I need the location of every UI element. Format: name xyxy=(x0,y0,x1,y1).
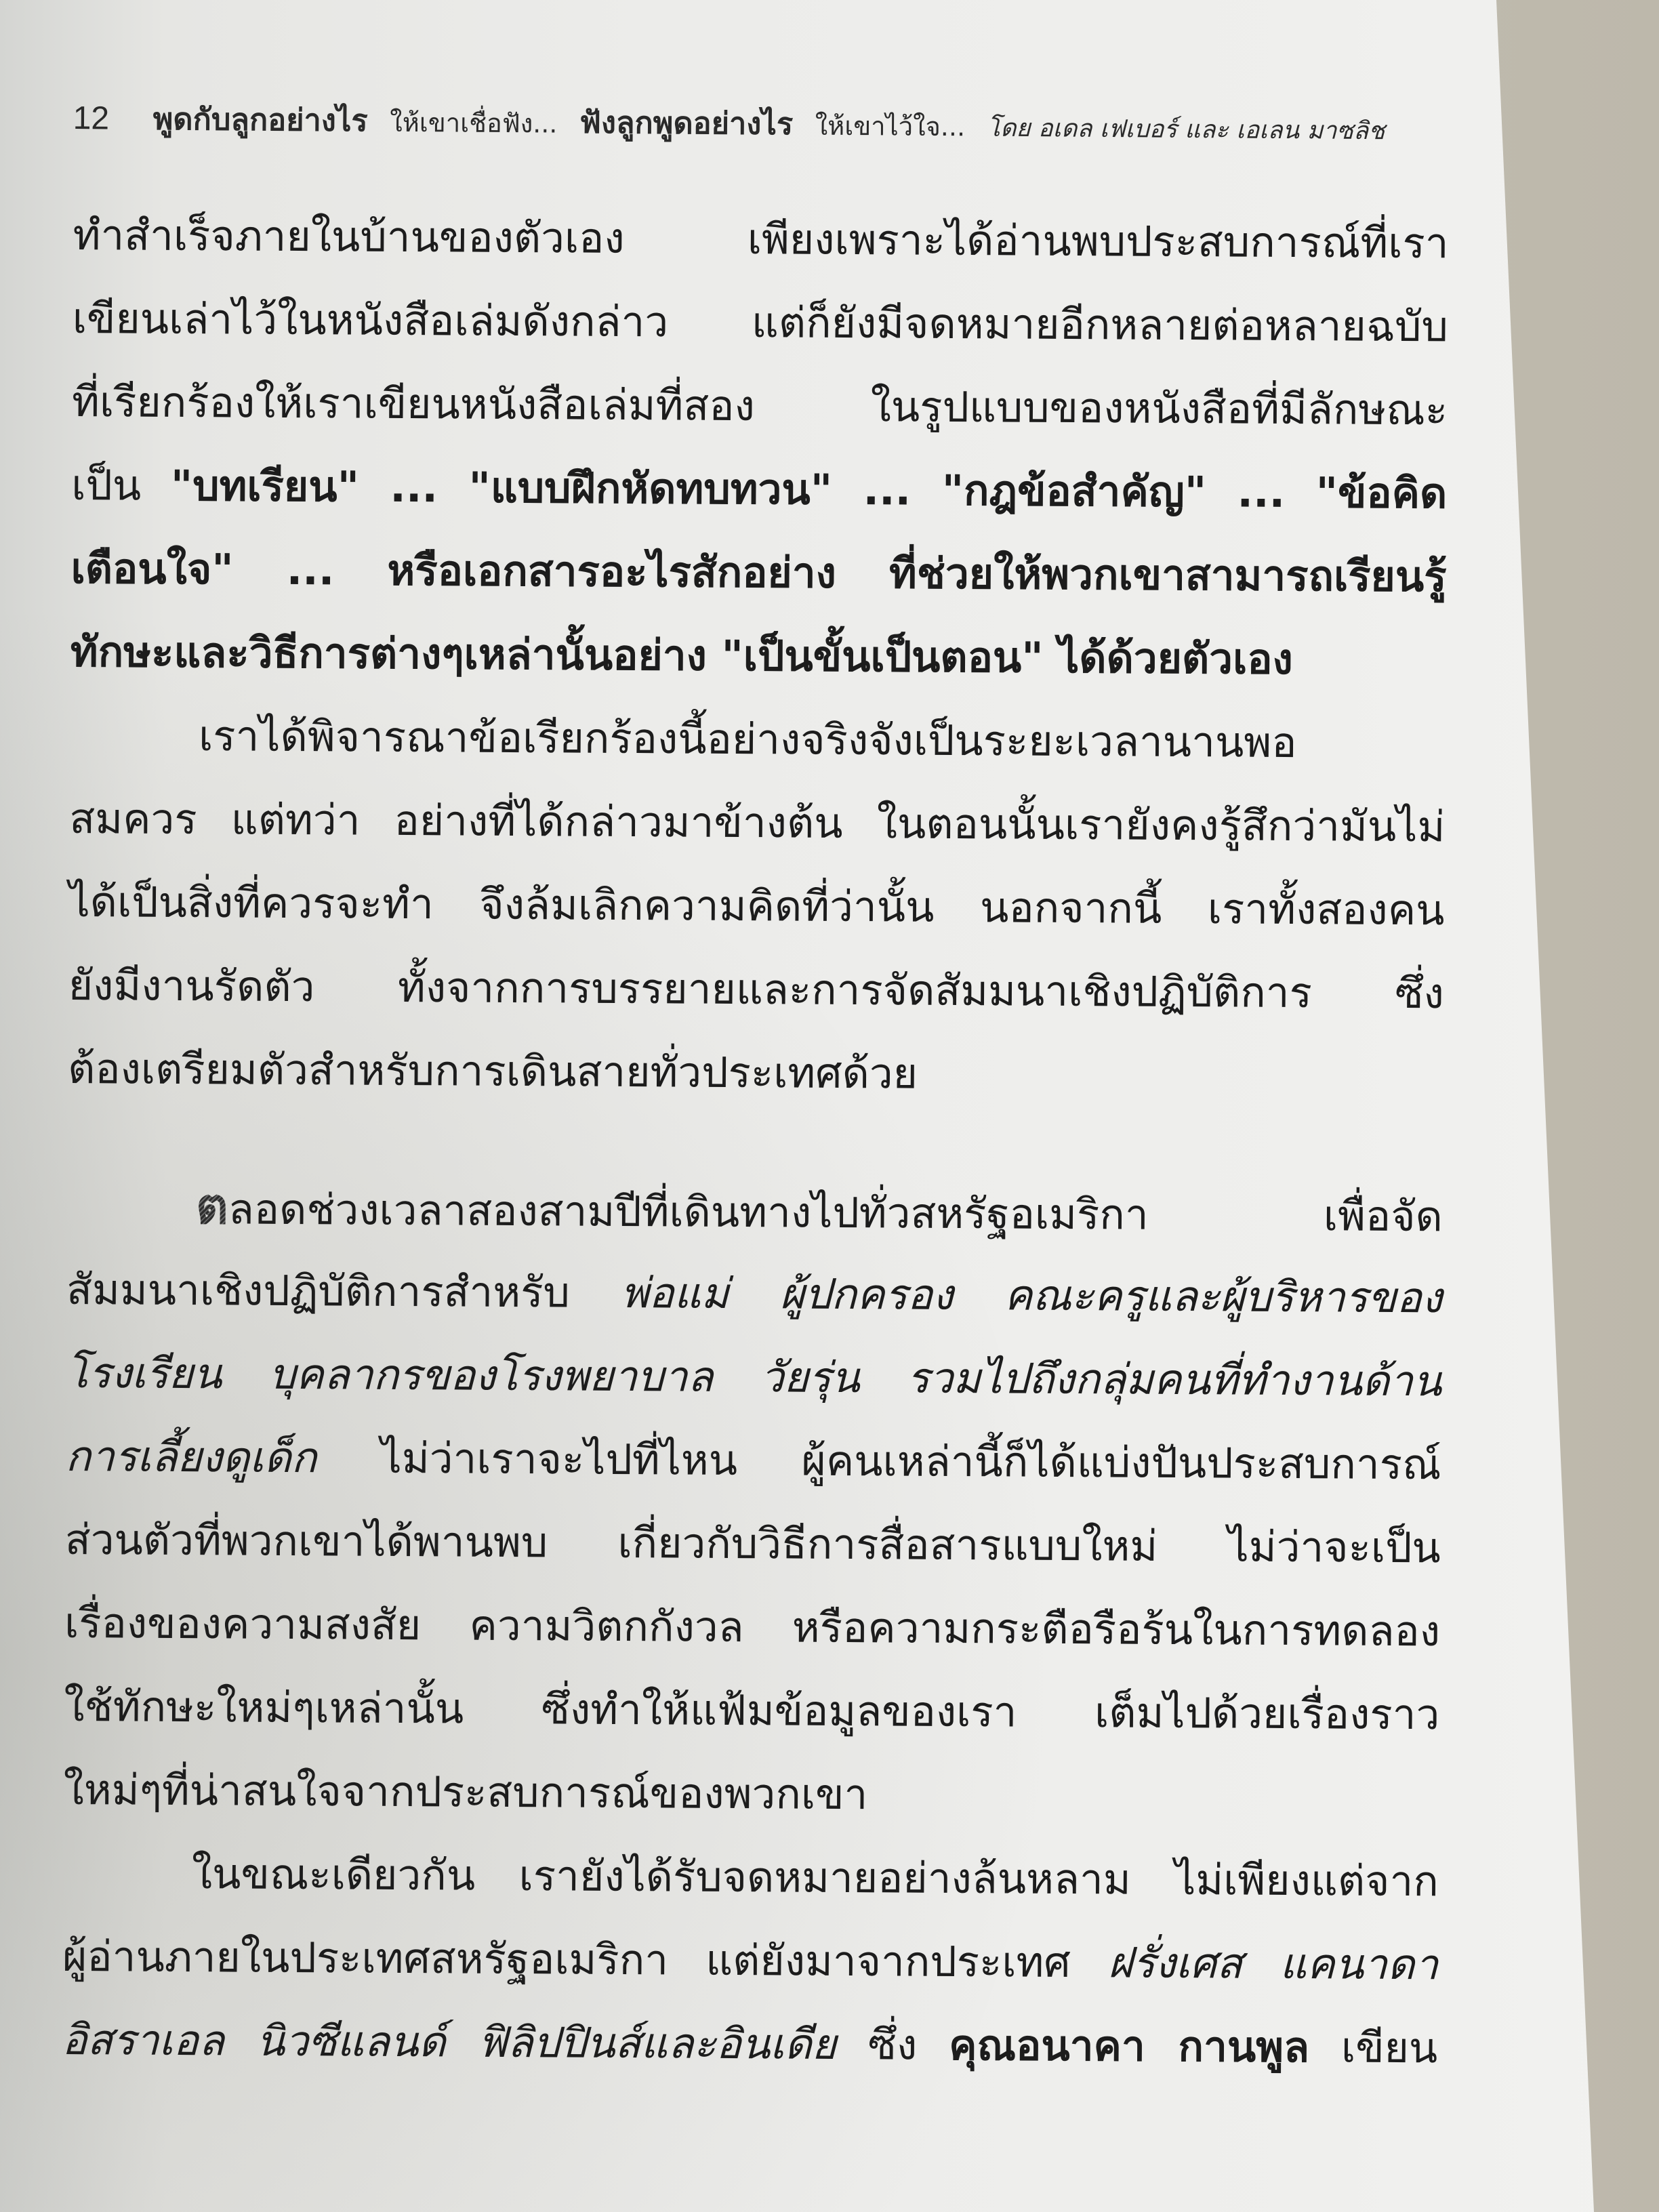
text-line: ต้องเตรียมตัวสำหรับการเดินสายทั่วประเทศด… xyxy=(68,1027,1444,1118)
paragraph-2: เราได้พิจารณาข้อเรียกร้องนี้อย่างจริงจัง… xyxy=(68,693,1446,1118)
italic-text-run: อิสราเอล นิวซีแลนด์ ฟิลิปปินส์และอินเดีย xyxy=(62,2015,836,2069)
text-line: เราได้พิจารณาข้อเรียกร้องนี้อย่างจริงจัง… xyxy=(70,693,1446,785)
text-line: ได้เป็นสิ่งที่ควรจะทำ จึงล้มเลิกความคิดท… xyxy=(68,860,1445,951)
bold-text-line: เตือนใจ" ... หรือเอกสารอะไรสักอย่าง ที่ช… xyxy=(70,527,1447,618)
text-line: ยังมีงานรัดตัว ทั้งจากการบรรยายและการจัด… xyxy=(68,943,1444,1035)
text-line: เขียนเล่าไว้ในหนังสือเล่มดังกล่าว แต่ก็ย… xyxy=(72,276,1448,368)
text-line: ทำสำเร็จภายในบ้านของตัวเอง เพียงเพราะได้… xyxy=(73,193,1449,285)
bold-text-run: "บทเรียน" ... "แบบฝึกหัดทบทวน" ... "กฎข้… xyxy=(171,461,1448,518)
text-line: สัมมนาเชิงปฏิบัติการสำหรับ พ่อแม่ ผู้ปกค… xyxy=(66,1248,1443,1339)
book-subtitle-part1: ให้เขาเชื่อฟัง... xyxy=(390,108,558,139)
page-number: 12 xyxy=(73,100,110,136)
author-byline: โดย อเดล เฟเบอร์ และ เอเลน มาซลิช xyxy=(987,115,1385,146)
text-line: เรื่องของความสงสัย ความวิตกกังวล หรือควา… xyxy=(64,1581,1441,1673)
text-line: ตลอดช่วงเวลาสองสามปีที่เดินทางไปทั่วสหรั… xyxy=(66,1164,1443,1256)
section-gap xyxy=(67,1110,1443,1172)
text-run: ลอดช่วงเวลาสองสามปีที่เดินทางไปทั่วสหรัฐ… xyxy=(228,1184,1443,1241)
paragraph-4: ในขณะเดียวกัน เรายังได้รับจดหมายอย่างล้น… xyxy=(62,1831,1439,2089)
text-line: การเลี้ยงดูเด็ก ไม่ว่าเราจะไปที่ไหน ผู้ค… xyxy=(65,1414,1441,1506)
text-line: ในขณะเดียวกัน เรายังได้รับจดหมายอย่างล้น… xyxy=(62,1831,1439,1923)
text-run: เขียน xyxy=(1341,2022,1438,2072)
text-line: ใช้ทักษะใหม่ๆเหล่านั้น ซึ่งทำให้แฟ้มข้อม… xyxy=(64,1664,1440,1756)
book-title-part1: พูดกับลูกอย่างไร xyxy=(153,101,368,138)
text-run: ผู้อ่านภายในประเทศสหรัฐอเมริกา แต่ยังมาจ… xyxy=(62,1931,1071,1987)
text-line: ส่วนตัวที่พวกเขาได้พานพบ เกี่ยวกับวิธีกา… xyxy=(64,1498,1441,1589)
text-run: ไม่ว่าเราจะไปที่ไหน ผู้คนเหล่านี้ก็ได้แบ… xyxy=(380,1433,1441,1490)
text-run: เป็น xyxy=(71,460,141,510)
bold-text-line: ทักษะและวิธีการต่างๆเหล่านั้นอย่าง "เป็น… xyxy=(70,610,1446,701)
text-line: ใหม่ๆที่น่าสนใจจากประสบการณ์ของพวกเขา xyxy=(63,1748,1439,1839)
book-title-part2: ฟังลูกพูดอย่างไร xyxy=(579,104,793,142)
body-text: ทำสำเร็จภายในบ้านของตัวเอง เพียงเพราะได้… xyxy=(62,193,1449,2089)
text-line: ที่เรียกร้องให้เราเขียนหนังสือเล่มที่สอง… xyxy=(72,360,1448,451)
italic-text-run: การเลี้ยงดูเด็ก xyxy=(65,1431,316,1482)
italic-text-run: พ่อแม่ ผู้ปกครอง คณะครูและผู้บริหารของ xyxy=(621,1268,1442,1322)
paragraph-3: ตลอดช่วงเวลาสองสามปีที่เดินทางไปทั่วสหรั… xyxy=(63,1164,1443,1839)
text-line: อิสราเอล นิวซีแลนด์ ฟิลิปปินส์และอินเดีย… xyxy=(62,1998,1438,2089)
paragraph-1: ทำสำเร็จภายในบ้านของตัวเอง เพียงเพราะได้… xyxy=(70,193,1448,701)
italic-text-line: โรงเรียน บุคลากรของโรงพยาบาล วัยรุ่น รวม… xyxy=(66,1331,1442,1422)
book-subtitle-part2: ให้เขาไว้ใจ... xyxy=(815,111,966,142)
text-run: สัมมนาเชิงปฏิบัติการสำหรับ xyxy=(66,1265,570,1317)
text-line: สมควร แต่ทว่า อย่างที่ได้กล่าวมาข้างต้น … xyxy=(69,777,1446,868)
text-line: ผู้อ่านภายในประเทศสหรัฐอเมริกา แต่ยังมาจ… xyxy=(62,1914,1439,2006)
text-run: ซึ่ง xyxy=(868,2020,918,2069)
bold-text-run: คุณอนาคา กานพูล xyxy=(949,2020,1309,2072)
italic-text-run: ฝรั่งเศส แคนาดา xyxy=(1108,1938,1439,1989)
drop-cap: ต xyxy=(195,1165,228,1248)
text-line: เป็น "บทเรียน" ... "แบบฝึกหัดทบทวน" ... … xyxy=(71,443,1448,535)
